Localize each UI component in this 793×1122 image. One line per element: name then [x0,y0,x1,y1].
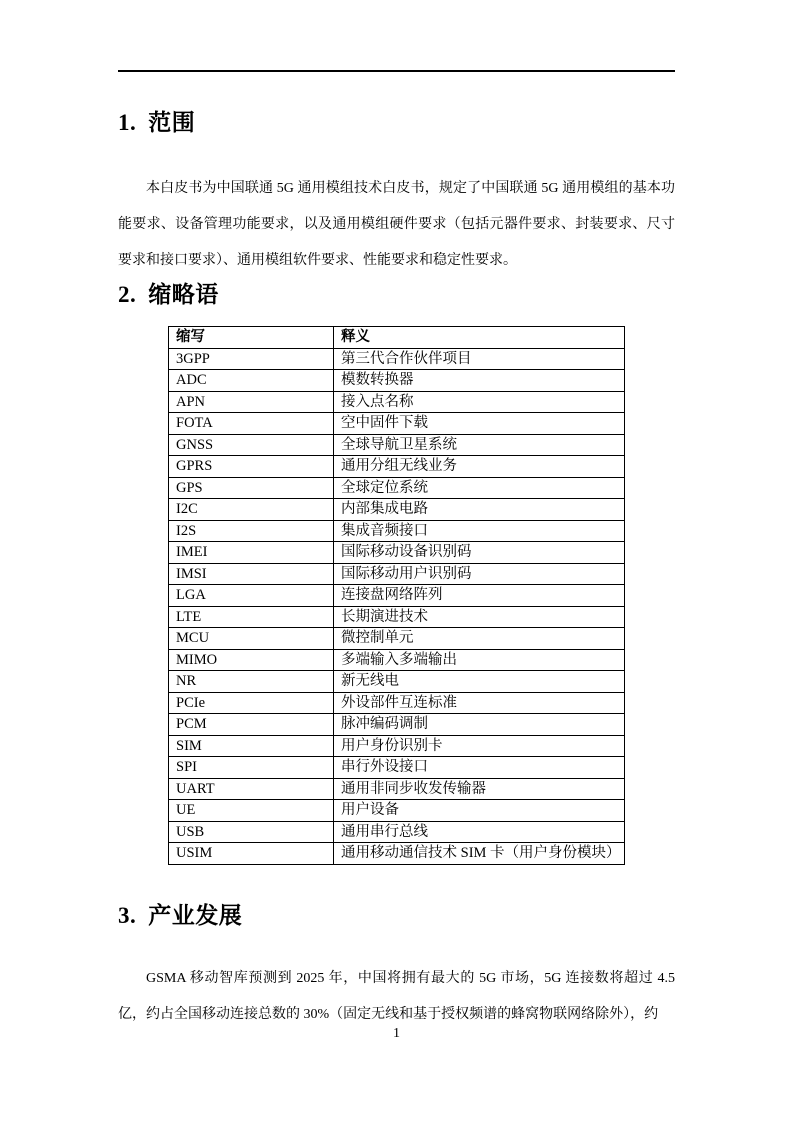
meaning-cell: 内部集成电路 [334,499,625,521]
table-row: UE用户设备 [169,800,625,822]
meaning-cell: 通用非同步收发传输器 [334,778,625,800]
section-title: 产业发展 [148,903,242,928]
page-number: 1 [118,1026,675,1042]
abbr-cell: PCIe [169,692,334,714]
abbr-cell: UE [169,800,334,822]
meaning-cell: 通用分组无线业务 [334,456,625,478]
meaning-cell: 模数转换器 [334,370,625,392]
table-row: MIMO多端输入多端输出 [169,649,625,671]
table-row: FOTA空中固件下载 [169,413,625,435]
table-row: UART通用非同步收发传输器 [169,778,625,800]
table-row: APN接入点名称 [169,391,625,413]
abbr-cell: USB [169,821,334,843]
meaning-cell: 微控制单元 [334,628,625,650]
meaning-cell: 新无线电 [334,671,625,693]
abbr-cell: LTE [169,606,334,628]
abbr-cell: MCU [169,628,334,650]
abbr-cell: GNSS [169,434,334,456]
abbr-cell: APN [169,391,334,413]
scope-paragraph: 本白皮书为中国联通 5G 通用模组技术白皮书，规定了中国联通 5G 通用模组的基… [118,171,675,279]
abbr-cell: IMSI [169,563,334,585]
table-header-row: 缩写 释义 [169,327,625,349]
table-row: MCU微控制单元 [169,628,625,650]
abbr-cell: MIMO [169,649,334,671]
header-rule [118,70,675,72]
table-row: IMSI国际移动用户识别码 [169,563,625,585]
meaning-cell: 连接盘网络阵列 [334,585,625,607]
table-row: GPS全球定位系统 [169,477,625,499]
table-row: GNSS全球导航卫星系统 [169,434,625,456]
abbr-cell: IMEI [169,542,334,564]
abbr-cell: PCM [169,714,334,736]
meaning-cell: 接入点名称 [334,391,625,413]
abbr-cell: SIM [169,735,334,757]
section-title: 缩略语 [148,282,219,307]
table-row: 3GPP第三代合作伙伴项目 [169,348,625,370]
abbr-column-header: 缩写 [169,327,334,349]
meaning-cell: 长期演进技术 [334,606,625,628]
section-title: 范围 [148,110,195,135]
industry-paragraph: GSMA 移动智库预测到 2025 年，中国将拥有最大的 5G 市场，5G 连接… [118,961,675,1033]
abbr-cell: ADC [169,370,334,392]
abbr-cell: GPS [169,477,334,499]
meaning-cell: 第三代合作伙伴项目 [334,348,625,370]
meaning-column-header: 释义 [334,327,625,349]
table-row: PCM脉冲编码调制 [169,714,625,736]
section-number: 1. [118,109,136,137]
meaning-cell: 集成音频接口 [334,520,625,542]
table-row: PCIe外设部件互连标准 [169,692,625,714]
table-row: I2C内部集成电路 [169,499,625,521]
table-row: ADC模数转换器 [169,370,625,392]
section-heading-1: 1.范围 [118,109,675,137]
table-row: SPI串行外设接口 [169,757,625,779]
abbreviation-table-header: 缩写 释义 [169,327,625,349]
meaning-cell: 脉冲编码调制 [334,714,625,736]
meaning-cell: 全球定位系统 [334,477,625,499]
table-row: SIM用户身份识别卡 [169,735,625,757]
meaning-cell: 空中固件下载 [334,413,625,435]
table-row: GPRS通用分组无线业务 [169,456,625,478]
abbreviation-table: 缩写 释义 3GPP第三代合作伙伴项目ADC模数转换器APN接入点名称FOTA空… [168,326,625,865]
abbr-cell: USIM [169,843,334,865]
meaning-cell: 国际移动用户识别码 [334,563,625,585]
table-row: USIM通用移动通信技术 SIM 卡（用户身份模块） [169,843,625,865]
abbr-cell: FOTA [169,413,334,435]
table-row: NR新无线电 [169,671,625,693]
table-row: LGA连接盘网络阵列 [169,585,625,607]
abbr-cell: I2S [169,520,334,542]
abbreviation-table-body: 3GPP第三代合作伙伴项目ADC模数转换器APN接入点名称FOTA空中固件下载G… [169,348,625,864]
meaning-cell: 通用串行总线 [334,821,625,843]
abbr-cell: GPRS [169,456,334,478]
meaning-cell: 通用移动通信技术 SIM 卡（用户身份模块） [334,843,625,865]
abbr-cell: I2C [169,499,334,521]
table-row: LTE长期演进技术 [169,606,625,628]
abbr-cell: SPI [169,757,334,779]
meaning-cell: 多端输入多端输出 [334,649,625,671]
table-row: IMEI国际移动设备识别码 [169,542,625,564]
meaning-cell: 用户设备 [334,800,625,822]
section-number: 2. [118,281,136,309]
abbr-cell: NR [169,671,334,693]
table-row: I2S集成音频接口 [169,520,625,542]
abbr-cell: 3GPP [169,348,334,370]
section-heading-2: 2.缩略语 [118,281,675,309]
document-page: 1.范围 本白皮书为中国联通 5G 通用模组技术白皮书，规定了中国联通 5G 通… [0,0,793,1122]
meaning-cell: 国际移动设备识别码 [334,542,625,564]
abbr-cell: UART [169,778,334,800]
section-number: 3. [118,902,136,930]
meaning-cell: 用户身份识别卡 [334,735,625,757]
meaning-cell: 外设部件互连标准 [334,692,625,714]
meaning-cell: 串行外设接口 [334,757,625,779]
meaning-cell: 全球导航卫星系统 [334,434,625,456]
abbr-cell: LGA [169,585,334,607]
table-row: USB通用串行总线 [169,821,625,843]
section-heading-3: 3.产业发展 [118,902,675,930]
